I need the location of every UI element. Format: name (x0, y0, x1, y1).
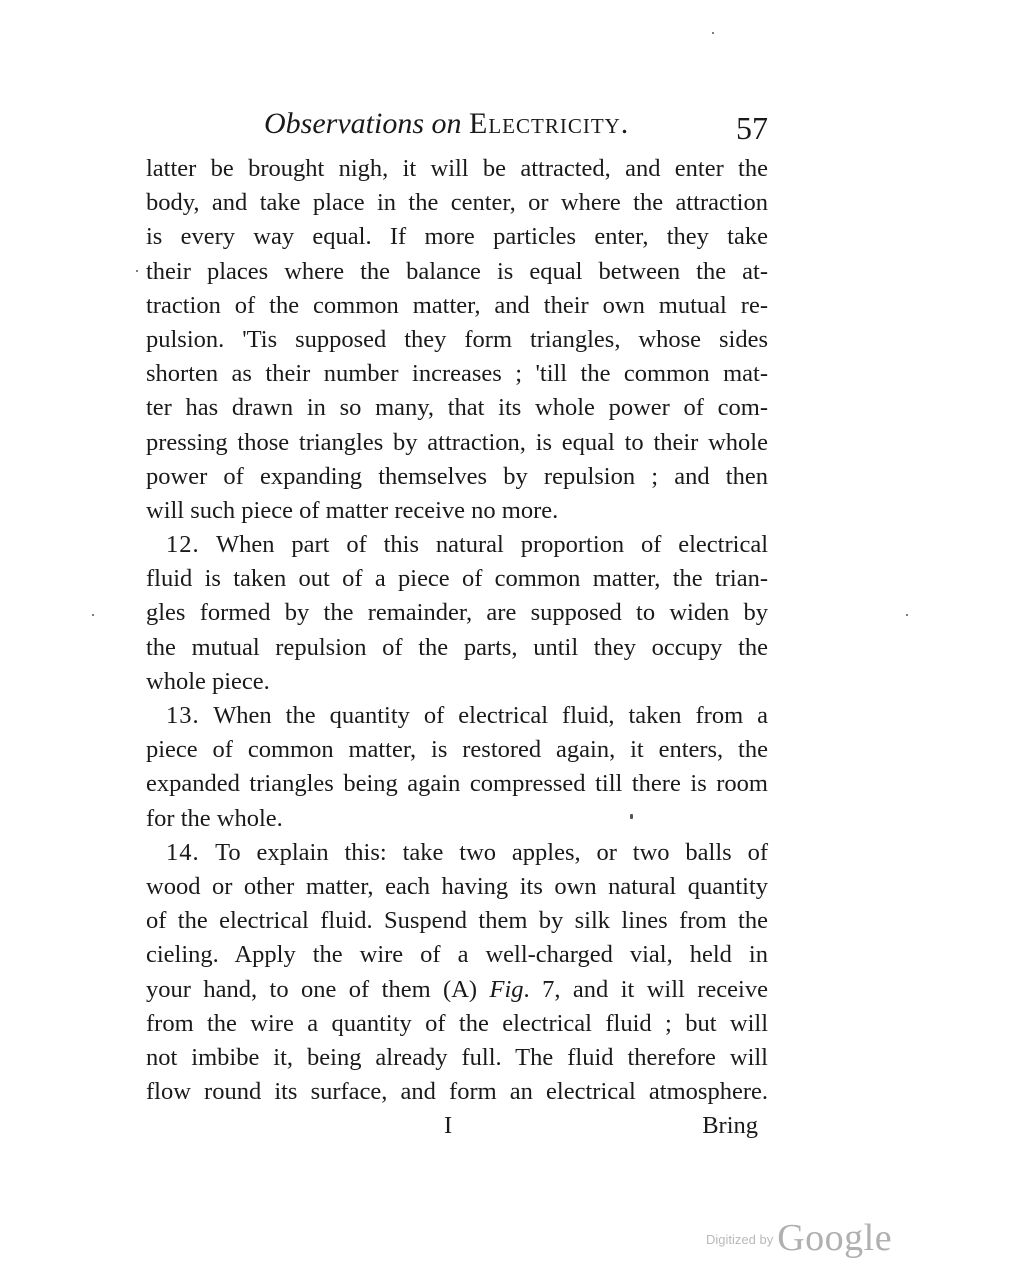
scan-speck (630, 814, 633, 819)
text-line: power of expanding themselves by repulsi… (146, 460, 768, 494)
digitized-watermark: Digitized by Google (706, 1216, 892, 1260)
watermark-brand-logo: Google (777, 1217, 892, 1259)
text-line: whole piece. (146, 665, 768, 699)
paragraph-12-start: 12. When part of this natural proportion… (146, 528, 768, 562)
text-line: their places where the balance is equal … (146, 255, 768, 289)
scan-speck (136, 270, 138, 272)
text-line: is every way equal. If more particles en… (146, 220, 768, 254)
running-title-caps: Electricity. (469, 107, 629, 140)
text-line: expanded triangles being again compresse… (146, 767, 768, 801)
page-footer: I Bring (146, 1108, 768, 1144)
scan-speck (906, 614, 908, 616)
watermark-prefix: Digitized by (706, 1232, 773, 1247)
text-line: from the wire a quantity of the electric… (146, 1007, 768, 1041)
text-line: ter has drawn in so many, that its whole… (146, 391, 768, 425)
paragraph-number: 13. (166, 702, 200, 729)
text-line: pulsion. 'Tis supposed they form triangl… (146, 323, 768, 357)
text-line: pressing those triangles by attraction, … (146, 426, 768, 460)
paragraph-text: When part of this natural proportion of … (216, 531, 768, 558)
paragraph-number: 12. (166, 531, 200, 558)
paragraph-text: To explain this: take two apples, or two… (215, 839, 768, 866)
text-line: the mutual repulsion of the parts, until… (146, 631, 768, 665)
paragraph-14-start: 14. To explain this: take two apples, or… (146, 836, 768, 870)
text-line: flow round its surface, and form an elec… (146, 1075, 768, 1109)
text-line: latter be brought nigh, it will be attra… (146, 152, 768, 186)
text-segment: . 7, and it will receive (524, 976, 768, 1003)
catchword: Bring (702, 1108, 758, 1144)
body-text: latter be brought nigh, it will be attra… (146, 152, 768, 1109)
text-line: shorten as their number increases ; 'til… (146, 357, 768, 391)
running-head: Observations on Electricity. 57 (146, 104, 776, 144)
text-line: body, and take place in the center, or w… (146, 186, 768, 220)
signature-mark: I (444, 1108, 452, 1144)
figure-reference-line: your hand, to one of them (A) Fig. 7, an… (146, 973, 768, 1007)
text-line: for the whole. (146, 802, 768, 836)
figure-label: Fig (490, 976, 524, 1003)
text-line: gles formed by the remainder, are suppos… (146, 596, 768, 630)
paragraph-13-start: 13. When the quantity of electrical flui… (146, 699, 768, 733)
text-segment: your hand, to one of them (A) (146, 976, 490, 1003)
paragraph-number: 14. (166, 839, 200, 866)
text-line: will such piece of matter receive no mor… (146, 494, 768, 528)
text-line: fluid is taken out of a piece of common … (146, 562, 768, 596)
text-line: cieling. Apply the wire of a well-charge… (146, 938, 768, 972)
text-line: traction of the common matter, and their… (146, 289, 768, 323)
running-title-italic: Observations on (264, 107, 462, 140)
text-line: piece of common matter, is restored agai… (146, 733, 768, 767)
book-page: Observations on Electricity. 57 latter b… (0, 0, 1014, 1282)
scan-speck (712, 32, 714, 34)
page-number: 57 (736, 108, 768, 148)
scan-speck (92, 614, 94, 616)
text-line: not imbibe it, being already full. The f… (146, 1041, 768, 1075)
paragraph-text: When the quantity of electrical fluid, t… (213, 702, 768, 729)
running-title: Observations on Electricity. (264, 104, 629, 144)
text-line: wood or other matter, each having its ow… (146, 870, 768, 904)
text-line: of the electrical fluid. Suspend them by… (146, 904, 768, 938)
